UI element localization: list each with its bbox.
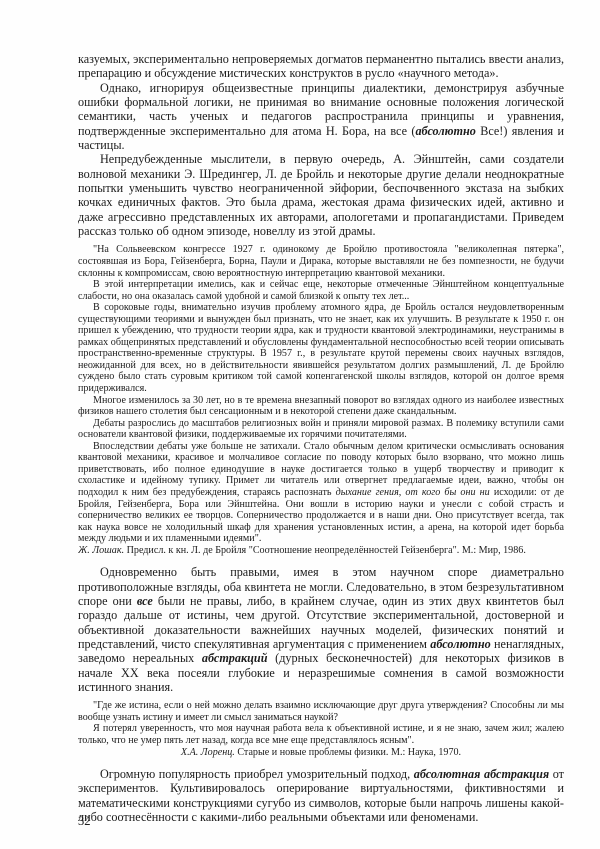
- paragraph-quintets: Одновременно быть правыми, имея в этом н…: [78, 565, 564, 694]
- quote1-para6: Впоследствии дебаты уже больше не затиха…: [78, 441, 564, 545]
- paragraph-quintets-text: абстракций: [202, 651, 268, 665]
- text-column: казуемых, экспериментально непроверяемых…: [78, 52, 564, 824]
- quote2-para2-text: Я потерял уверенность, что моя научная р…: [78, 723, 564, 746]
- quote1-para4: Многое изменилось за 30 лет, но в те вре…: [78, 395, 564, 418]
- paragraph-dialectics-text: абсолютно: [415, 124, 475, 138]
- paragraph-thinkers-text: Непредубежденные мыслители, в первую оче…: [78, 152, 564, 238]
- paragraph-dialectics: Однако, игнорируя общеизвестные принципы…: [78, 81, 564, 153]
- quote2-attribution-text: Х.А. Лоренц.: [181, 747, 235, 758]
- quote2-attribution: Х.А. Лоренц. Старые и новые проблемы физ…: [78, 747, 564, 759]
- quote1-para2: В этой интерпретации имелись, как и сейч…: [78, 279, 564, 302]
- quote1-para5: Дебаты разрослись до масштабов религиозн…: [78, 418, 564, 441]
- paragraph-thinkers: Непредубежденные мыслители, в первую оче…: [78, 152, 564, 238]
- paragraph-continuation: казуемых, экспериментально непроверяемых…: [78, 52, 564, 81]
- quote1-para2-text: В этой интерпретации имелись, как и сейч…: [78, 279, 564, 302]
- quote1-para6-text: дыхание гения, от кого бы они ни: [336, 487, 490, 498]
- quote1-para1: "На Сольвеевском конгрессе 1927 г. одино…: [78, 244, 564, 279]
- quote1-para3-text: В сороковые годы, внимательно изучив про…: [78, 302, 564, 394]
- quote2-para1-text: "Где же истина, если о ней можно делать …: [78, 700, 564, 723]
- page-number: 32: [78, 814, 91, 829]
- quote1-para3: В сороковые годы, внимательно изучив про…: [78, 302, 564, 394]
- paragraph-quintets-text: все: [137, 594, 153, 608]
- document-page: казуемых, экспериментально непроверяемых…: [0, 0, 600, 849]
- quote1-attribution-text: Ж. Лошак.: [78, 545, 124, 556]
- quote1-para1-text: "На Сольвеевском конгрессе 1927 г. одино…: [78, 244, 564, 278]
- quote2-attribution-text: Старые и новые проблемы физики. М.: Наук…: [235, 747, 461, 758]
- quote2-para1: "Где же истина, если о ней можно делать …: [78, 700, 564, 723]
- quote1-attribution: Ж. Лошак. Предисл. к кн. Л. де Бройля "С…: [78, 545, 564, 557]
- quote1-para4-text: Многое изменилось за 30 лет, но в те вре…: [78, 395, 564, 418]
- paragraph-speculative-approach-text: абсолютная абстракция: [414, 767, 549, 781]
- quote2-para2: Я потерял уверенность, что моя научная р…: [78, 723, 564, 746]
- paragraph-continuation-text: казуемых, экспериментально непроверяемых…: [78, 52, 564, 80]
- paragraph-speculative-approach: Огромную популярность приобрел умозрител…: [78, 767, 564, 824]
- quote1-para5-text: Дебаты разрослись до масштабов религиозн…: [78, 418, 564, 441]
- quote1-attribution-text: Предисл. к кн. Л. де Бройля "Соотношение…: [124, 545, 526, 556]
- paragraph-speculative-approach-text: Огромную популярность приобрел умозрител…: [100, 767, 414, 781]
- paragraph-quintets-text: абсолютно: [430, 637, 490, 651]
